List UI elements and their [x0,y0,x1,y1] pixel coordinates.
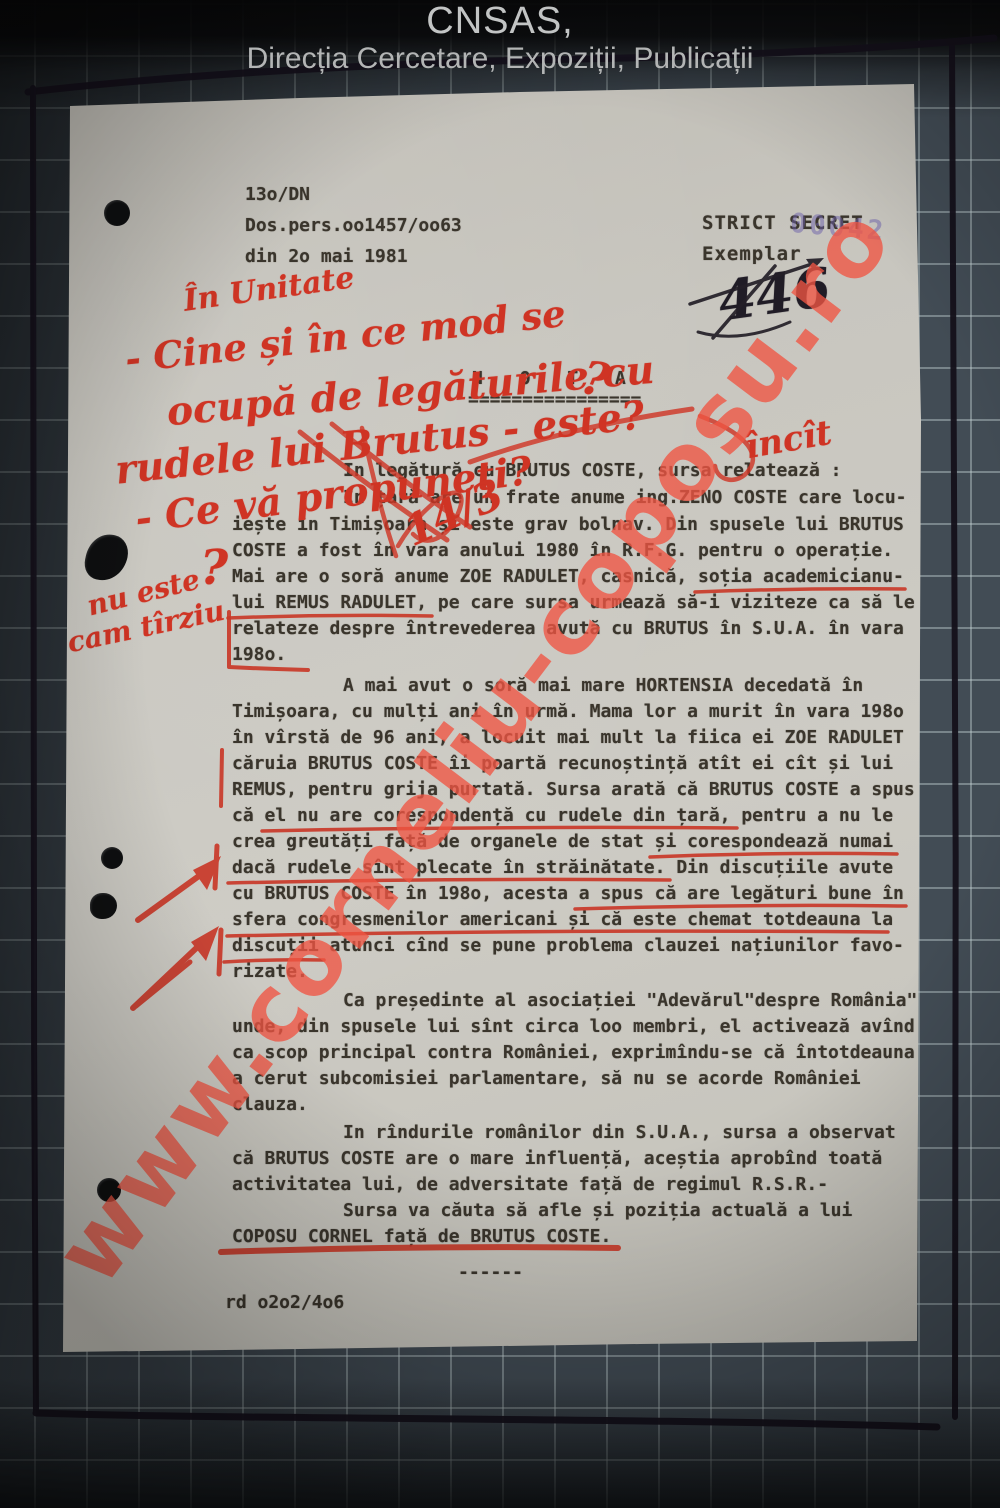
red-arrowhead [191,926,219,961]
red-underline [695,589,905,592]
red-scribble [362,428,396,556]
archive-subtitle: Direcția Cercetare, Expoziții, Publicați… [0,42,1000,76]
red-arrow-bar [219,930,221,974]
red-bracket [229,667,308,670]
red-underline [575,905,906,909]
red-margin-marks [221,612,308,806]
red-underline [228,615,432,618]
red-arrows [133,846,221,1008]
red-underline [650,853,897,857]
archive-header: CNSAS, Direcția Cercetare, Expoziții, Pu… [0,0,1000,76]
red-arrow-bar [215,846,217,888]
red-arrow-shaft [136,962,190,1006]
archive-photo: { "header": { "title": "CNSAS,", "subtit… [0,0,1000,1508]
red-margin-bar [221,750,222,806]
red-underline-thick [221,1247,618,1252]
archive-title: CNSAS, [0,0,1000,42]
